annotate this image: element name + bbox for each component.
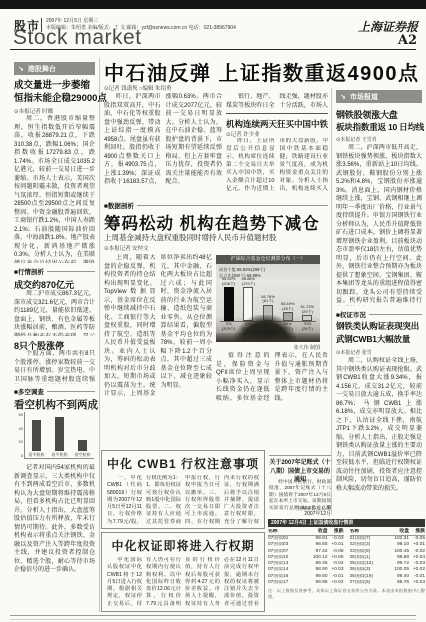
survey-bar xyxy=(32,420,41,451)
bottom-rule xyxy=(10,615,416,616)
steel-article-byline: ⊙本报记者 王雪青 xyxy=(336,136,377,143)
bond-table-colheader: 涨跌 xyxy=(409,529,425,535)
data-analysis-section: ■数据剖析 xyxy=(104,201,328,210)
bond-table-colheader: 收盘 xyxy=(308,529,328,535)
warrant-article-body: 周二，认购权证全线上扬，其中钢铁类认购证表现抢眼。武钢CWB1收盘大涨9.34%… xyxy=(336,357,422,513)
page-number: A2 xyxy=(398,33,417,48)
notice-rule xyxy=(269,455,331,456)
bond-table-colheader: 名称 xyxy=(268,529,308,535)
corner-arrow-icon: ↘ xyxy=(340,93,346,101)
cwb1-notes-body: 一、中化CWB1（代码580019）行权期为2007年12月5日至12月11日，… xyxy=(107,475,259,527)
newspaper-page: 股市 2007年 12月5日 星期三 本版编辑：朱绍勇 美编/版式：丁 戈 邮箱… xyxy=(0,0,426,622)
survey-chart: 6040200 看多机构看平机构看空机构 xyxy=(16,412,94,458)
hk-stocks-section-box: ↘ 港股舞台 xyxy=(14,62,95,75)
survey-bar-group: 看平机构 xyxy=(49,412,70,458)
bond-table-cell: 07国债(5) xyxy=(350,580,390,586)
bull-bear-survey-section: ■多空调查 xyxy=(14,387,95,396)
survey-ytick: 60 xyxy=(16,412,23,417)
fund-chart-title: 沪深综合基金仓位测算分布（一） xyxy=(216,255,320,264)
section-title-en: Stock market xyxy=(13,26,142,50)
warrant-exercise-title: 中化权证即将进入行权期 xyxy=(107,537,259,554)
fund-bar-label: 54.76% (81个) xyxy=(261,295,275,304)
bond-table-colheader: 收盘 xyxy=(389,529,409,535)
survey-ytick: 20 xyxy=(16,439,23,444)
warrant-market-label: ■权证市况 xyxy=(336,310,366,319)
sub-article-body: 昨日，上证所盘后公开信息显示，机构席位连续第二个交易日大举买入中国中铁，买入金额… xyxy=(226,138,328,198)
market-analysis-label: ■行情剖析 xyxy=(14,267,44,276)
steel-article-body: 周二，沪深两市低开高走，钢铁板块强势领涨，板块指数大涨3.56%，重新站上10日… xyxy=(336,144,422,306)
feature-body-left: 上周，随着大盘的企稳反弹，机构投资者的持仓结构出现明显变化。TopView数据显… xyxy=(104,254,212,446)
bottom-rule-2 xyxy=(10,619,416,620)
survey-headline: 看空机构不到两成 xyxy=(14,397,98,412)
survey-bar-label: 看多机构 xyxy=(29,452,45,458)
bond-table-footnote: 注：以上数据仅供参考，具体以上海证券交易所公告为准。本表由本报数据中心整理。 xyxy=(268,588,425,600)
market-report-section-box: ↘ 市场报道 xyxy=(336,90,422,103)
sub-article-rule xyxy=(226,113,328,114)
bond-table-row: 07国债(5)98.76+0.03 xyxy=(350,580,426,586)
hk-article-title-line1: 成交量进一步萎缩 xyxy=(14,80,90,92)
page-top-bar xyxy=(0,0,426,9)
bond-table-cell: 99.95 xyxy=(308,580,328,586)
bond-group-0: 名称收盘涨跌07国债0199.81-0.0307国债0398.65+0.0107… xyxy=(268,529,344,586)
survey-bar xyxy=(78,440,87,452)
hk-article-byline: ⊙本报记者 时娜 xyxy=(14,107,53,115)
photo-credit: 张大伟 制图 xyxy=(216,344,320,351)
bond-table-colheader: 名称 xyxy=(350,529,390,535)
hk-article-title-line2: 恒指未能企稳29000点 xyxy=(14,93,107,105)
fund-bar-label: 58.88% (179个) xyxy=(242,277,256,286)
warrant-article-title-line2: 武钢CWB1大幅放量 xyxy=(336,334,410,345)
cwb1-notes-box: 中化 CWB1 行权注意事项 一、中化CWB1（代码580019）行权期为200… xyxy=(101,450,265,529)
warrant-article-byline: ⊙本报记者 张雪 xyxy=(336,349,372,356)
bond-table-cell: +0.02 xyxy=(328,580,344,586)
photo-bottom-shadow xyxy=(216,333,320,342)
sub-article-byline: ⊙记者 许少业 xyxy=(226,130,260,138)
fund-bar-label: 55.52% (208个) xyxy=(222,277,236,286)
main-body-left: 昨日，沪深两市股指双双高开，中石油、中石化等权重股盘中强劲反弹，带动上证综指一度… xyxy=(104,93,222,198)
survey-chart-yaxis: 6040200 xyxy=(16,412,24,458)
steel-article-title-line2: 板块指数重返 10 日均线 xyxy=(336,122,424,133)
feature-headline: 筹码松动 机构在趋势下减仓 xyxy=(104,210,320,234)
main-body-right: 银行、地产、煤炭等板块昨日全线走强，题材股亦十分活跃，市场人气明显回暖，两市上涨… xyxy=(226,93,328,111)
bond-table-cell: +0.03 xyxy=(409,580,425,586)
bond-table: 2007年 12月4日 上证国债收盘行情表 名称收盘涨跌07国债0199.81-… xyxy=(268,519,425,600)
bond-notice-date: 2007年12月 xyxy=(269,511,331,519)
fund-xlabel: 70% (29个) xyxy=(299,322,316,331)
survey-chart-plot: 看多机构看平机构看空机构 xyxy=(24,412,94,459)
feature-deck: 上周基金减持大盘权重股同时增持人民币升值题材股 xyxy=(104,232,277,243)
sub-article-title: 机构连续两天狂买中国中铁 xyxy=(226,118,328,130)
warrant-market-section: ■权证市况 xyxy=(336,310,422,319)
market-analysis-section: ■行情剖析 xyxy=(14,267,95,276)
bond-table-cell: 07国债17 xyxy=(268,580,308,586)
right-column-divider xyxy=(331,88,332,514)
fund-position-photo: 沪深综合基金仓位测算分布（一） 成份个股 55.52%(208个) 总占比(28… xyxy=(216,255,320,342)
survey-body: 记者对国内54家机构的最新调查显示，三大类机构中仅有不到两成看空后市，多数机构认… xyxy=(14,464,95,611)
survey-bar-group: 看多机构 xyxy=(26,412,47,458)
steel-article-title-line1: 钢铁股领涨大盘 xyxy=(336,109,398,121)
bull-bear-survey-label: ■多空调查 xyxy=(14,387,44,396)
bond-table-row: 07国债1799.95+0.02 xyxy=(268,580,344,586)
market-report-section-label: 市场报道 xyxy=(350,92,378,102)
bond-table-colheader: 涨跌 xyxy=(328,529,344,535)
warrant-article-title-line1: 钢铁类认购证表现突出 xyxy=(336,321,419,332)
fund-bar-label: 55.49% (45个) xyxy=(281,302,295,311)
main-byline: ⊙记者 钱潇隽 ○编辑 朱绍勇 xyxy=(104,84,172,92)
hk-article-body: 周二，香港股市缩量整理，恒生指数低开后窄幅震荡，收报28879.21点，下跌31… xyxy=(14,115,95,263)
cwb1-notes-title: 中化 CWB1 行权注意事项 xyxy=(107,455,259,472)
warrant-exercise-body: 中化国际认股权证中化CWB1将于12月5日进入行权期。根据相关规定，权证停止交易… xyxy=(107,557,259,610)
bond-group-1: 名称收盘涨跌21国债(7)102.31-0.0502国债(3)99.10+0.0… xyxy=(350,529,426,586)
bond-table-header: 2007年 12月4日 上证国债收盘行情表 xyxy=(268,519,425,527)
limit-up-body: 个股方面，两市共有8只个股涨停，涨停家数较前一交易日有所增加。岁宝热电、中卫国脉… xyxy=(14,350,95,384)
bond-table-cell: 98.76 xyxy=(389,580,409,586)
fund-bar-group: 51.72% (29个) xyxy=(299,277,316,321)
hk-stocks-section-label: 港股舞台 xyxy=(28,64,56,74)
turnover-body: 周二沪市成交867.3亿元，深市成交321.6亿元，两市合计约1189亿元，量能… xyxy=(14,290,95,336)
survey-ytick: 40 xyxy=(16,426,23,431)
survey-bar-label: 看平机构 xyxy=(52,452,68,458)
fund-bar-label: 51.72% (29个) xyxy=(301,305,315,314)
survey-bar-label: 看空机构 xyxy=(75,452,91,458)
left-column-divider xyxy=(99,58,100,612)
masthead-rule xyxy=(10,49,416,50)
survey-ytick: 0 xyxy=(16,453,23,458)
main-headline: 中石油反弹 上证指数重返4900点 xyxy=(104,57,420,86)
feature-body-bottom: 值得注意的是，保险资金与QFII席位上周呈现小幅净买入，显示长线资金仍在逢低吸纳… xyxy=(216,352,328,448)
corner-arrow-icon: ↘ xyxy=(18,65,24,73)
data-analysis-label: ■数据剖析 xyxy=(104,201,134,210)
feature-byline: ⊙本报记者 安仲文 xyxy=(104,244,149,252)
survey-bar-group: 看空机构 xyxy=(72,412,93,458)
warrant-exercise-box: 中化权证即将进入行权期 中化国际认股权证中化CWB1将于12月5日进入行权期。根… xyxy=(101,532,265,612)
survey-bar xyxy=(55,417,64,452)
